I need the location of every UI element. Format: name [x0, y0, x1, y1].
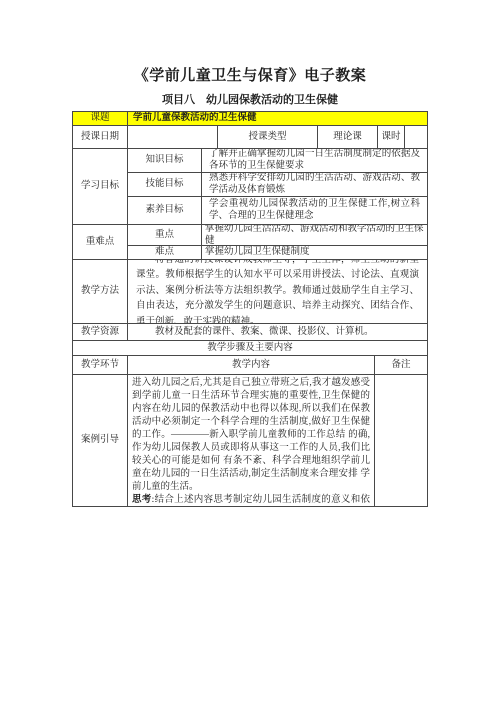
think-label: 思考	[132, 495, 152, 505]
method-label: 教学方法	[73, 260, 128, 323]
goal-row-quality: 素养目标 学会重视幼儿园保教活动的卫生保健工作,树立科学、合理的卫生保健理念	[128, 197, 427, 224]
goal-row-knowledge: 知识目标 了解并正确掌握幼儿园一日生活制度制定的依据及各环节的卫生保健要求	[128, 149, 427, 173]
goals-section: 学习目标 知识目标 了解并正确掌握幼儿园一日生活制度制定的依据及各环节的卫生保健…	[73, 149, 427, 225]
keypoint-row-difficult: 难点 掌握幼儿园卫生保健制度	[128, 246, 427, 259]
keypoint-row-main: 重点 掌握幼儿园生活活动、游戏活动和教学活动的卫生保健	[128, 225, 427, 246]
date-value-cell	[128, 126, 218, 148]
steps-header-row: 教学步骤及主要内容	[73, 341, 427, 356]
env-header-col3: 备注	[375, 356, 427, 374]
date-label: 授课日期	[73, 126, 128, 148]
goal-name: 知识目标	[128, 149, 202, 172]
lesson-plan-table: 课题 学前儿童保教活动的卫生保健 授课日期 授课类型 理论课 课时 学习目标 知…	[72, 111, 428, 507]
method-content: 将普通的讲授课设计成教师主导，学生主体，师生互动的新型课堂。教师根据学生的认知水…	[131, 260, 424, 323]
case-section: 案例引导 进入幼儿园之后,尤其是自己独立带班之后,我才越发感受到学前儿童一日生活…	[73, 375, 427, 506]
case-think-paragraph: 思考:结合上述内容思考制定幼儿园生活制度的意义和依据是什么呢? 一日生活环节的卫…	[132, 494, 370, 506]
goal-content: 熟悉并科学安排幼儿园的生活活动、游戏活动、教学活动及体育锻炼	[205, 173, 424, 196]
goal-content: 学会重视幼儿园保教活动的卫生保健工作,树立科学、合理的卫生保健理念	[205, 198, 424, 223]
case-content-cell: 进入幼儿园之后,尤其是自己独立带班之后,我才越发感受到学前儿童一日生活环节合理实…	[128, 375, 375, 506]
goals-label: 学习目标	[73, 149, 128, 224]
case-label: 案例引导	[73, 375, 128, 506]
env-header-col1: 教学环节	[73, 356, 128, 374]
keypoint-content: 掌握幼儿园生活活动、游戏活动和教学活动的卫生保健	[202, 225, 427, 245]
topic-row: 课题 学前儿童保教活动的卫生保健	[73, 112, 427, 126]
date-row: 授课日期 授课类型 理论课 课时	[73, 126, 427, 149]
keypoints-label: 重难点	[73, 225, 128, 259]
steps-header: 教学步骤及主要内容	[73, 341, 427, 355]
topic-value: 学前儿童保教活动的卫生保健	[128, 112, 427, 125]
method-row: 教学方法 将普通的讲授课设计成教师主导，学生主体，师生互动的新型课堂。教师根据学…	[73, 260, 427, 324]
goal-name: 素养目标	[128, 197, 202, 224]
resources-label: 教学资源	[73, 324, 128, 340]
case-paragraph: 进入幼儿园之后,尤其是自己独立带班之后,我才越发感受到学前儿童一日生活环节合理实…	[132, 377, 370, 494]
goal-name: 技能目标	[128, 173, 202, 196]
keypoints-section: 重难点 重点 掌握幼儿园生活活动、游戏活动和教学活动的卫生保健 难点 掌握幼儿园…	[73, 225, 427, 260]
keypoint-name: 重点	[128, 225, 202, 245]
type-value: 理论课	[318, 126, 378, 148]
page-title: 《学前儿童卫生与保育》电子教案	[0, 0, 500, 85]
topic-label: 课题	[73, 112, 128, 125]
keypoint-name: 难点	[128, 246, 202, 259]
goal-content: 了解并正确掌握幼儿园一日生活制度制定的依据及各环节的卫生保健要求	[205, 149, 424, 172]
env-header-col2: 教学内容	[128, 356, 375, 374]
think-content: :结合上述内容思考制定幼儿园生活制度的意义和依据是什么呢? 一日生活环节的卫生保…	[132, 495, 370, 506]
case-note-cell	[375, 375, 427, 506]
hours-label: 课时	[378, 126, 405, 148]
keypoint-content: 掌握幼儿园卫生保健制度	[202, 246, 427, 259]
resources-row: 教学资源 教材及配套的课件、教案、微课、投影仪、计算机。	[73, 324, 427, 341]
env-header-row: 教学环节 教学内容 备注	[73, 356, 427, 375]
resources-content: 教材及配套的课件、教案、微课、投影仪、计算机。	[131, 324, 379, 340]
page-subtitle: 项目八 幼儿园保教活动的卫生保健	[0, 91, 500, 107]
type-label: 授课类型	[218, 126, 318, 148]
goal-row-skill: 技能目标 熟悉并科学安排幼儿园的生活活动、游戏活动、教学活动及体育锻炼	[128, 173, 427, 197]
hours-value-cell	[405, 126, 427, 148]
document-page: 《学前儿童卫生与保育》电子教案 项目八 幼儿园保教活动的卫生保健 课题 学前儿童…	[0, 0, 500, 707]
